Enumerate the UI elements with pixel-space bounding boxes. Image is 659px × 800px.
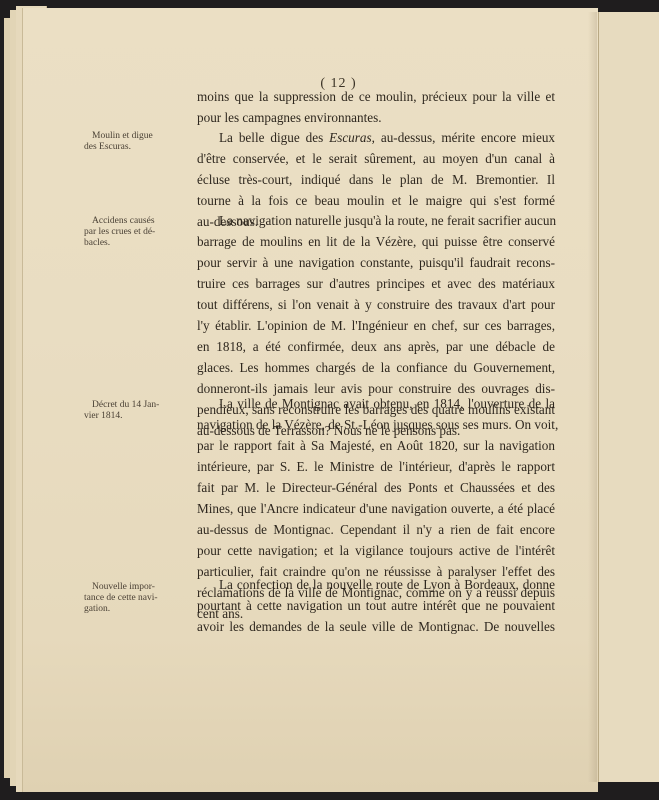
margin-note-moulin: Moulin et digue des Escuras.	[84, 131, 178, 153]
paragraph-continuation: moins que la suppression de ce moulin, p…	[197, 86, 555, 128]
text-segment: , au-dessus, mérite encore mieux	[372, 130, 555, 145]
gutter-shadow	[588, 12, 597, 782]
text-line: La belle digue des Escuras, au-dessus, m…	[197, 127, 555, 148]
text-line: barrage de moulins en lit de la Vézère, …	[197, 231, 555, 252]
margin-note-line: tance de cette navi-	[84, 593, 178, 604]
text-line: tout différens, si l'on venait à y const…	[197, 294, 555, 315]
text-line: pour les campagnes environnantes.	[197, 107, 555, 128]
emphasis-escuras: Escuras	[329, 130, 372, 145]
margin-note-accidens: Accidens causés par les crues et dé- bac…	[84, 216, 178, 249]
text-line: moins que la suppression de ce moulin, p…	[197, 86, 555, 107]
text-line: pour cette navigation; et la vigilance t…	[197, 540, 555, 561]
margin-note-line: par les crues et dé-	[84, 227, 178, 238]
text-line: au-dessus de Montignac. Cependant il n'y…	[197, 519, 555, 540]
margin-note-decret: Décret du 14 Jan- vier 1814.	[84, 400, 178, 422]
text-line: intérieure, par S. E. le Ministre de l'i…	[197, 456, 555, 477]
text-line: La navigation naturelle jusqu'à la route…	[197, 210, 555, 231]
facing-page	[597, 12, 659, 782]
margin-note-nouvelle: Nouvelle impor- tance de cette navi- gat…	[84, 582, 178, 615]
margin-note-line: gation.	[84, 604, 178, 615]
margin-note-line: vier 1814.	[84, 411, 178, 422]
text-segment: La belle digue des	[219, 130, 329, 145]
text-line: navigation de la Vézère, de St.-Léon jus…	[197, 414, 555, 435]
text-line: pour servir à une navigation constante, …	[197, 252, 555, 273]
text-line: en 1818, a été confirmée, deux ans après…	[197, 336, 555, 357]
text-line: fait par M. le Directeur-Général des Pon…	[197, 477, 555, 498]
margin-note-line: Décret du 14 Jan-	[84, 400, 178, 411]
text-line: l'y établir. L'opinion de M. l'Ingénieur…	[197, 315, 555, 336]
text-line: pourtant à cette navigation un tout autr…	[197, 595, 555, 616]
text-line: écluse très-court, indiqué dans le plan …	[197, 169, 555, 190]
margin-note-line: Nouvelle impor-	[84, 582, 178, 593]
text-line: par le rapport fait à Sa Majesté, en Aoû…	[197, 435, 555, 456]
text-line: glaces. Les hommes chargés de la confian…	[197, 357, 555, 378]
margin-note-line: des Escuras.	[84, 142, 178, 153]
paragraph-route: La confection de la nouvelle route de Ly…	[197, 574, 555, 637]
text-line: La confection de la nouvelle route de Ly…	[197, 574, 555, 595]
text-line: Mines, que l'Ancre indicateur d'une navi…	[197, 498, 555, 519]
text-line: La ville de Montignac avait obtenu, en 1…	[197, 393, 555, 414]
text-line: truire ces barrages sur d'autres princip…	[197, 273, 555, 294]
text-line: tourne à la fois ce beau moulin et le ma…	[197, 190, 555, 211]
margin-note-line: Moulin et digue	[84, 131, 178, 142]
margin-note-line: Accidens causés	[84, 216, 178, 227]
margin-note-line: bacles.	[84, 238, 178, 249]
text-line: avoir les demandes de la seule ville de …	[197, 616, 555, 637]
text-line: d'être conservée, et le serait sûrement,…	[197, 148, 555, 169]
